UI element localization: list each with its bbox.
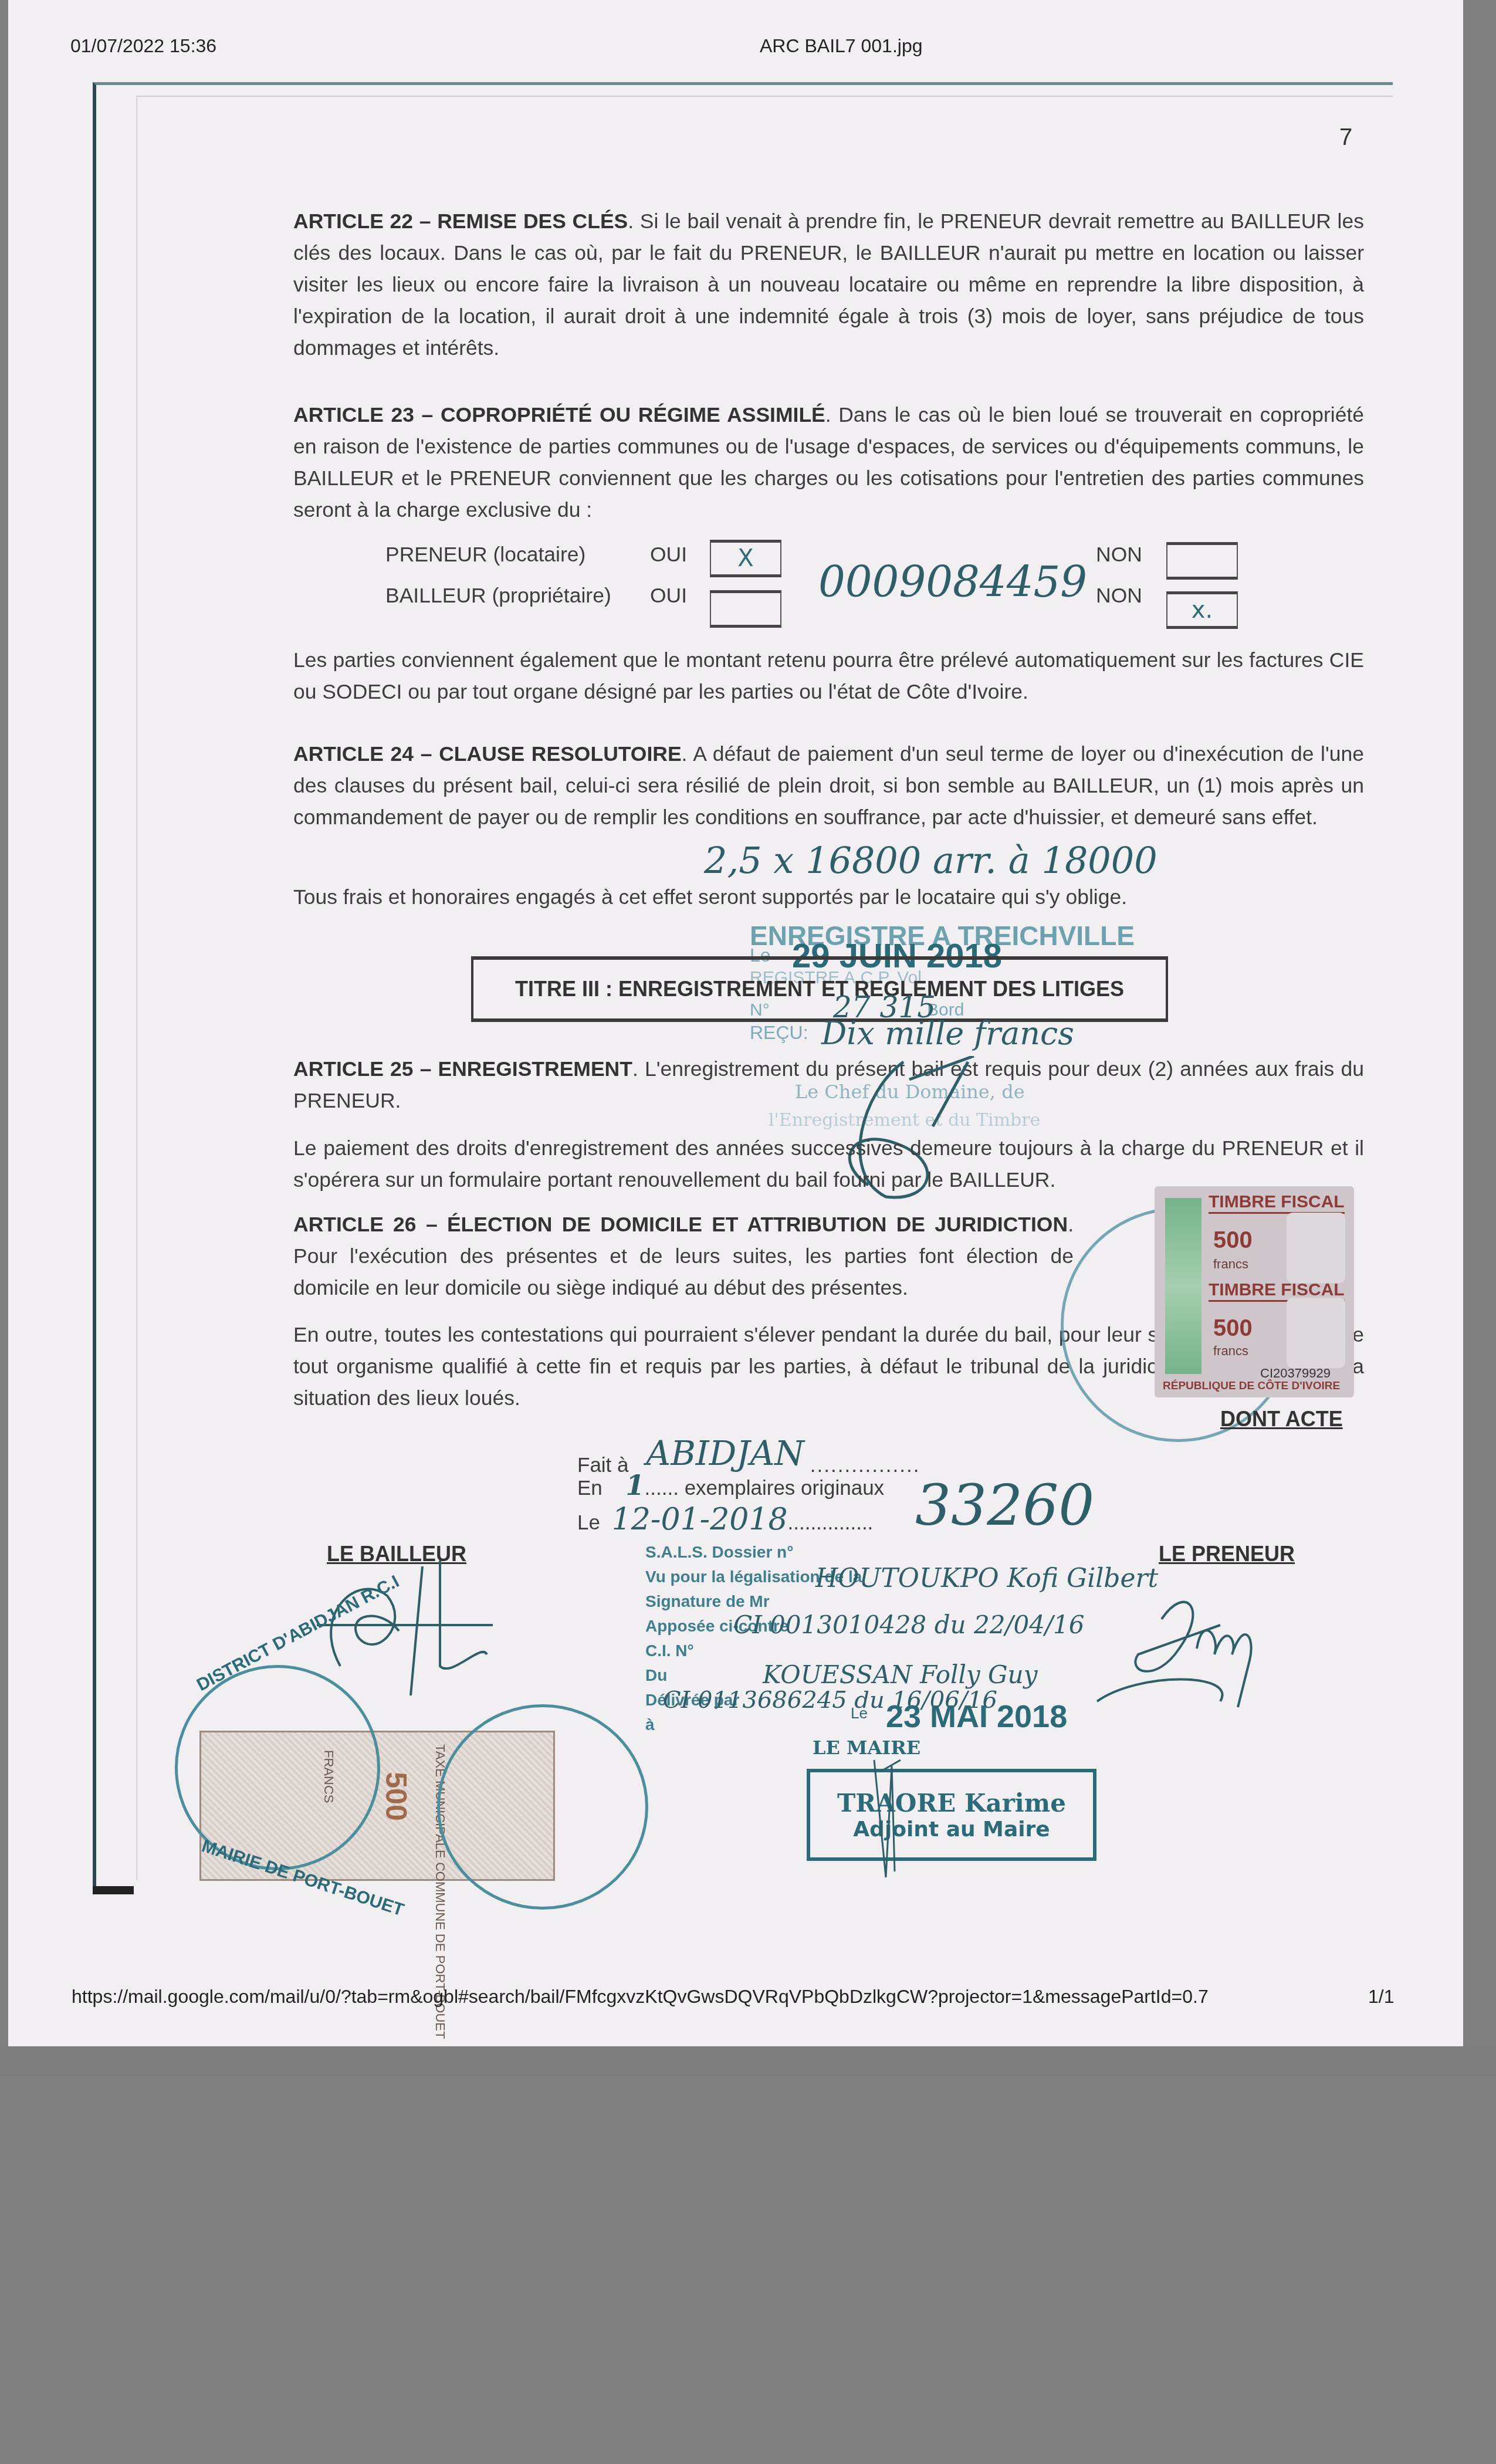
article-23-followup: Les parties conviennent également que le…	[293, 644, 1364, 708]
le-line: Le 12-01-2018...............	[577, 1502, 873, 1537]
bailleur-non-checkbox[interactable]: x.	[1166, 591, 1238, 629]
preneur-oui-checkbox[interactable]: X	[710, 540, 781, 577]
mayor-stamp-box: TRAORE Karime Adjoint au Maire	[807, 1769, 1096, 1861]
handwritten-recu-amount: Dix mille francs	[821, 1015, 1074, 1052]
handwritten-signatory-name: HOUTOUKPO Kofi Gilbert	[815, 1563, 1158, 1593]
print-title: ARC BAIL7 001.jpg	[760, 35, 923, 57]
stamp-no-label: N°	[750, 1000, 770, 1020]
fait-a-value: ABIDJAN	[646, 1433, 804, 1473]
preneur-heading: LE PRENEUR	[1159, 1542, 1295, 1566]
legalisation-date: 23 MAI 2018	[886, 1698, 1067, 1735]
handwritten-ci-number: CI 0013010428 du 22/04/16	[733, 1610, 1085, 1639]
stamp-recu-label: REÇU:	[750, 1022, 808, 1044]
article-23: ARTICLE 23 – COPROPRIÉTÉ OU RÉGIME ASSIM…	[293, 399, 1364, 526]
legalisation-line: S.A.L.S. Dossier n°	[645, 1540, 862, 1565]
handwritten-number: 0009084459	[818, 557, 1087, 607]
print-url: https://mail.google.com/mail/u/0/?tab=rm…	[72, 1986, 1209, 2008]
choice-label-bailleur: BAILLEUR (propriétaire)	[385, 584, 611, 608]
fiscal-stamp-serial: CI20379929	[1260, 1366, 1331, 1381]
article-24-followup: Tous frais et honoraires engagés à cet e…	[293, 881, 1364, 913]
print-datetime: 01/07/2022 15:36	[70, 35, 216, 57]
le-value: 12-01-2018	[612, 1502, 788, 1537]
district-circle-stamp-2	[437, 1704, 648, 1910]
page-number: 7	[1339, 124, 1352, 151]
fiscal-stamp-1-value: 500	[1213, 1227, 1253, 1254]
fiscal-stamp-1-title: TIMBRE FISCAL	[1209, 1192, 1345, 1214]
fiscal-stamp-1-unit: francs	[1213, 1257, 1248, 1272]
titre-iii-heading: TITRE III : ENREGISTREMENT ET REGLEMENT …	[471, 956, 1168, 1022]
article-26: ARTICLE 26 – ÉLECTION DE DOMICILE ET ATT…	[293, 1209, 1074, 1304]
article-24-heading: ARTICLE 24 – CLAUSE RESOLUTOIRE	[293, 742, 682, 766]
article-24: ARTICLE 24 – CLAUSE RESOLUTOIRE. A défau…	[293, 738, 1364, 833]
preneur-non-checkbox[interactable]	[1166, 542, 1238, 580]
handwritten-calculation: 2,5 x 16800 arr. à 18000	[704, 839, 1157, 882]
fiscal-stamp-2-unit: francs	[1213, 1343, 1248, 1359]
stamp-green-band	[1165, 1198, 1201, 1374]
mayor-signature	[868, 1754, 903, 1883]
choice-label-preneur: PRENEUR (locataire)	[385, 543, 585, 567]
non-label: NON	[1096, 584, 1142, 608]
fiscal-stamp-country: RÉPUBLIQUE DE CÔTE D'IVOIRE	[1163, 1380, 1340, 1393]
le-maire-label: LE MAIRE	[813, 1737, 920, 1759]
article-22-heading: ARTICLE 22 – REMISE DES CLÉS	[293, 209, 628, 233]
frame-corner-mark	[93, 1886, 134, 1894]
handwritten-reference: 33260	[915, 1473, 1094, 1538]
en-line: En 1...... exemplaires originaux	[577, 1470, 884, 1501]
legalisation-line: à	[645, 1712, 862, 1737]
legalisation-date-label: Le	[851, 1704, 868, 1722]
article-22: ARTICLE 22 – REMISE DES CLÉS. Si le bail…	[293, 205, 1364, 364]
preneur-signature	[1091, 1584, 1285, 1719]
dont-acte: DONT ACTE	[1220, 1407, 1343, 1431]
bailleur-oui-checkbox[interactable]	[710, 590, 781, 628]
article-26-heading: ARTICLE 26 – ÉLECTION DE DOMICILE ET ATT…	[293, 1213, 1068, 1236]
handwritten-delivered-by: KOUESSAN Folly Guy	[763, 1660, 1037, 1689]
municipal-stamp-value: 500	[379, 1772, 413, 1820]
fiscal-stamp-2-value: 500	[1213, 1315, 1253, 1342]
fiscal-stamps: TIMBRE FISCAL 500 francs TIMBRE FISCAL 5…	[1155, 1186, 1354, 1397]
le-label: Le	[577, 1511, 600, 1534]
oui-label: OUI	[650, 584, 687, 608]
print-page-count: 1/1	[1368, 1986, 1394, 2008]
scanner-bed-edge	[0, 2046, 1496, 2076]
oui-label: OUI	[650, 543, 687, 567]
en-value: 1	[626, 1470, 645, 1501]
legalisation-line: C.I. N°	[645, 1639, 862, 1663]
non-label: NON	[1096, 543, 1142, 567]
article-25-heading: ARTICLE 25 – ENREGISTREMENT	[293, 1057, 632, 1081]
en-label: En	[577, 1477, 603, 1500]
coat-of-arms-icon	[1287, 1213, 1345, 1283]
en-suffix: exemplaires originaux	[685, 1477, 884, 1500]
article-23-heading: ARTICLE 23 – COPROPRIÉTÉ OU RÉGIME ASSIM…	[293, 403, 825, 427]
coat-of-arms-icon	[1287, 1298, 1345, 1368]
